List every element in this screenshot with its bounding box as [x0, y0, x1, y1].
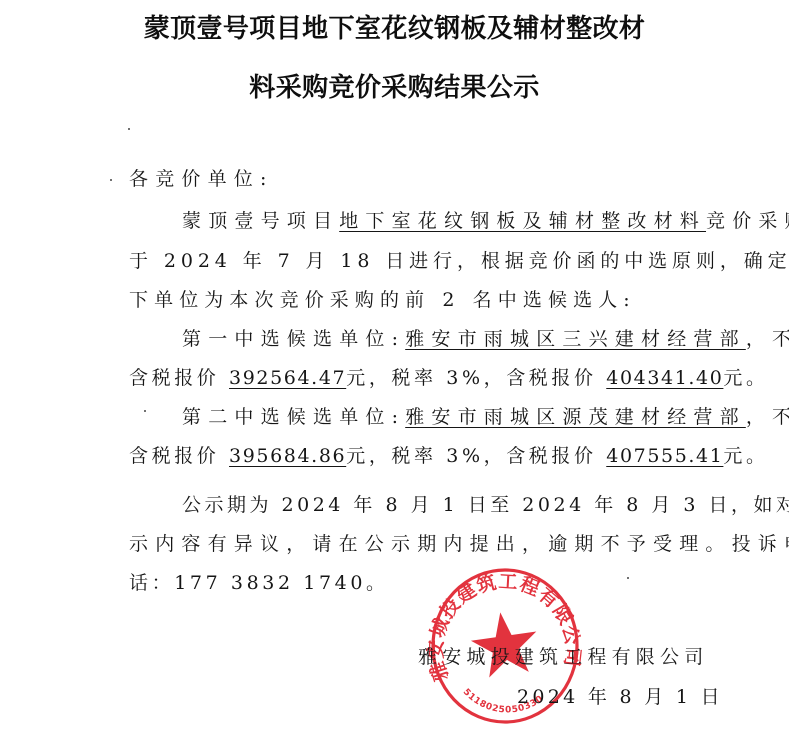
procurement-type: 竞价采购	[706, 210, 789, 232]
document-title-line-1: 蒙顶壹号项目地下室花纹钢板及辅材整改材	[0, 12, 789, 46]
paragraph-1-line-3: 下单位为本次竞价采购的前 2 名中选候选人:	[129, 288, 636, 312]
candidate-2-with-tax-label: 含税报价	[506, 445, 596, 467]
candidate-1-with-tax-label: 含税报价	[506, 367, 596, 389]
candidate-2-pretax-price: 395684.86	[229, 445, 346, 467]
salutation: 各竞价单位:	[129, 167, 274, 191]
candidate-2-with-tax-price: 407555.41	[606, 445, 723, 467]
candidate-1-continuation: ，不	[746, 328, 789, 350]
project-name: 蒙顶壹号项目	[182, 210, 339, 232]
notice-line-1: 公示期为 2024 年 8 月 1 日至 2024 年 8 月 3 日，如对公	[182, 493, 789, 517]
procurement-item: 地下室花纹钢板及辅材整改材料	[339, 210, 706, 232]
candidate-1-line-2: 含税报价 392564.47元，税率 3%，含税报价 404341.40元。	[129, 366, 769, 390]
candidate-2-end: 元。	[723, 445, 768, 467]
notice-line-2: 示内容有异议，请在公示期内提出，逾期不予受理。投诉电	[129, 532, 789, 556]
candidate-1-label: 第一中选候选单位:	[182, 328, 405, 350]
notice-line-3: 话：177 3832 1740。	[129, 571, 389, 595]
candidate-2-line-1: 第二中选候选单位:雅安市雨城区源茂建材经营部，不	[182, 405, 789, 429]
scan-speck	[627, 577, 629, 579]
candidate-1-line-1: 第一中选候选单位:雅安市雨城区三兴建材经营部，不	[182, 327, 789, 351]
candidate-2-line-2: 含税报价 395684.86元，税率 3%，含税报价 407555.41元。	[129, 444, 769, 468]
candidate-1-pretax-label: 含税报价	[129, 367, 219, 389]
candidate-1-pretax-price: 392564.47	[229, 367, 346, 389]
candidate-2-continuation: ，不	[746, 406, 789, 428]
paragraph-1-line-2: 于 2024 年 7 月 18 日进行，根据竞价函的中选原则，确定以	[129, 249, 789, 273]
candidate-2-pretax-label: 含税报价	[129, 445, 219, 467]
candidate-2-currency: 元	[346, 445, 369, 467]
candidate-1-currency: 元	[346, 367, 369, 389]
candidate-1-end: 元。	[723, 367, 768, 389]
candidate-1-with-tax-price: 404341.40	[606, 367, 723, 389]
paragraph-1-line-1: 蒙顶壹号项目地下室花纹钢板及辅材整改材料竞价采购	[182, 209, 789, 233]
candidate-2-tax-rate: ，税率 3%，	[369, 445, 506, 467]
scan-speck	[110, 179, 112, 181]
document-title-line-2: 料采购竞价采购结果公示	[0, 71, 789, 105]
candidate-1-company: 雅安市雨城区三兴建材经营部	[405, 328, 746, 350]
scan-speck	[128, 128, 130, 130]
candidate-1-tax-rate: ，税率 3%，	[369, 367, 506, 389]
signature-date: 2024 年 8 月 1 日	[517, 685, 723, 709]
candidate-2-label: 第二中选候选单位:	[182, 406, 405, 428]
scan-speck	[144, 410, 146, 412]
signature-company: 雅安城投建筑工程有限公司	[418, 645, 708, 669]
candidate-2-company: 雅安市雨城区源茂建材经营部	[405, 406, 746, 428]
